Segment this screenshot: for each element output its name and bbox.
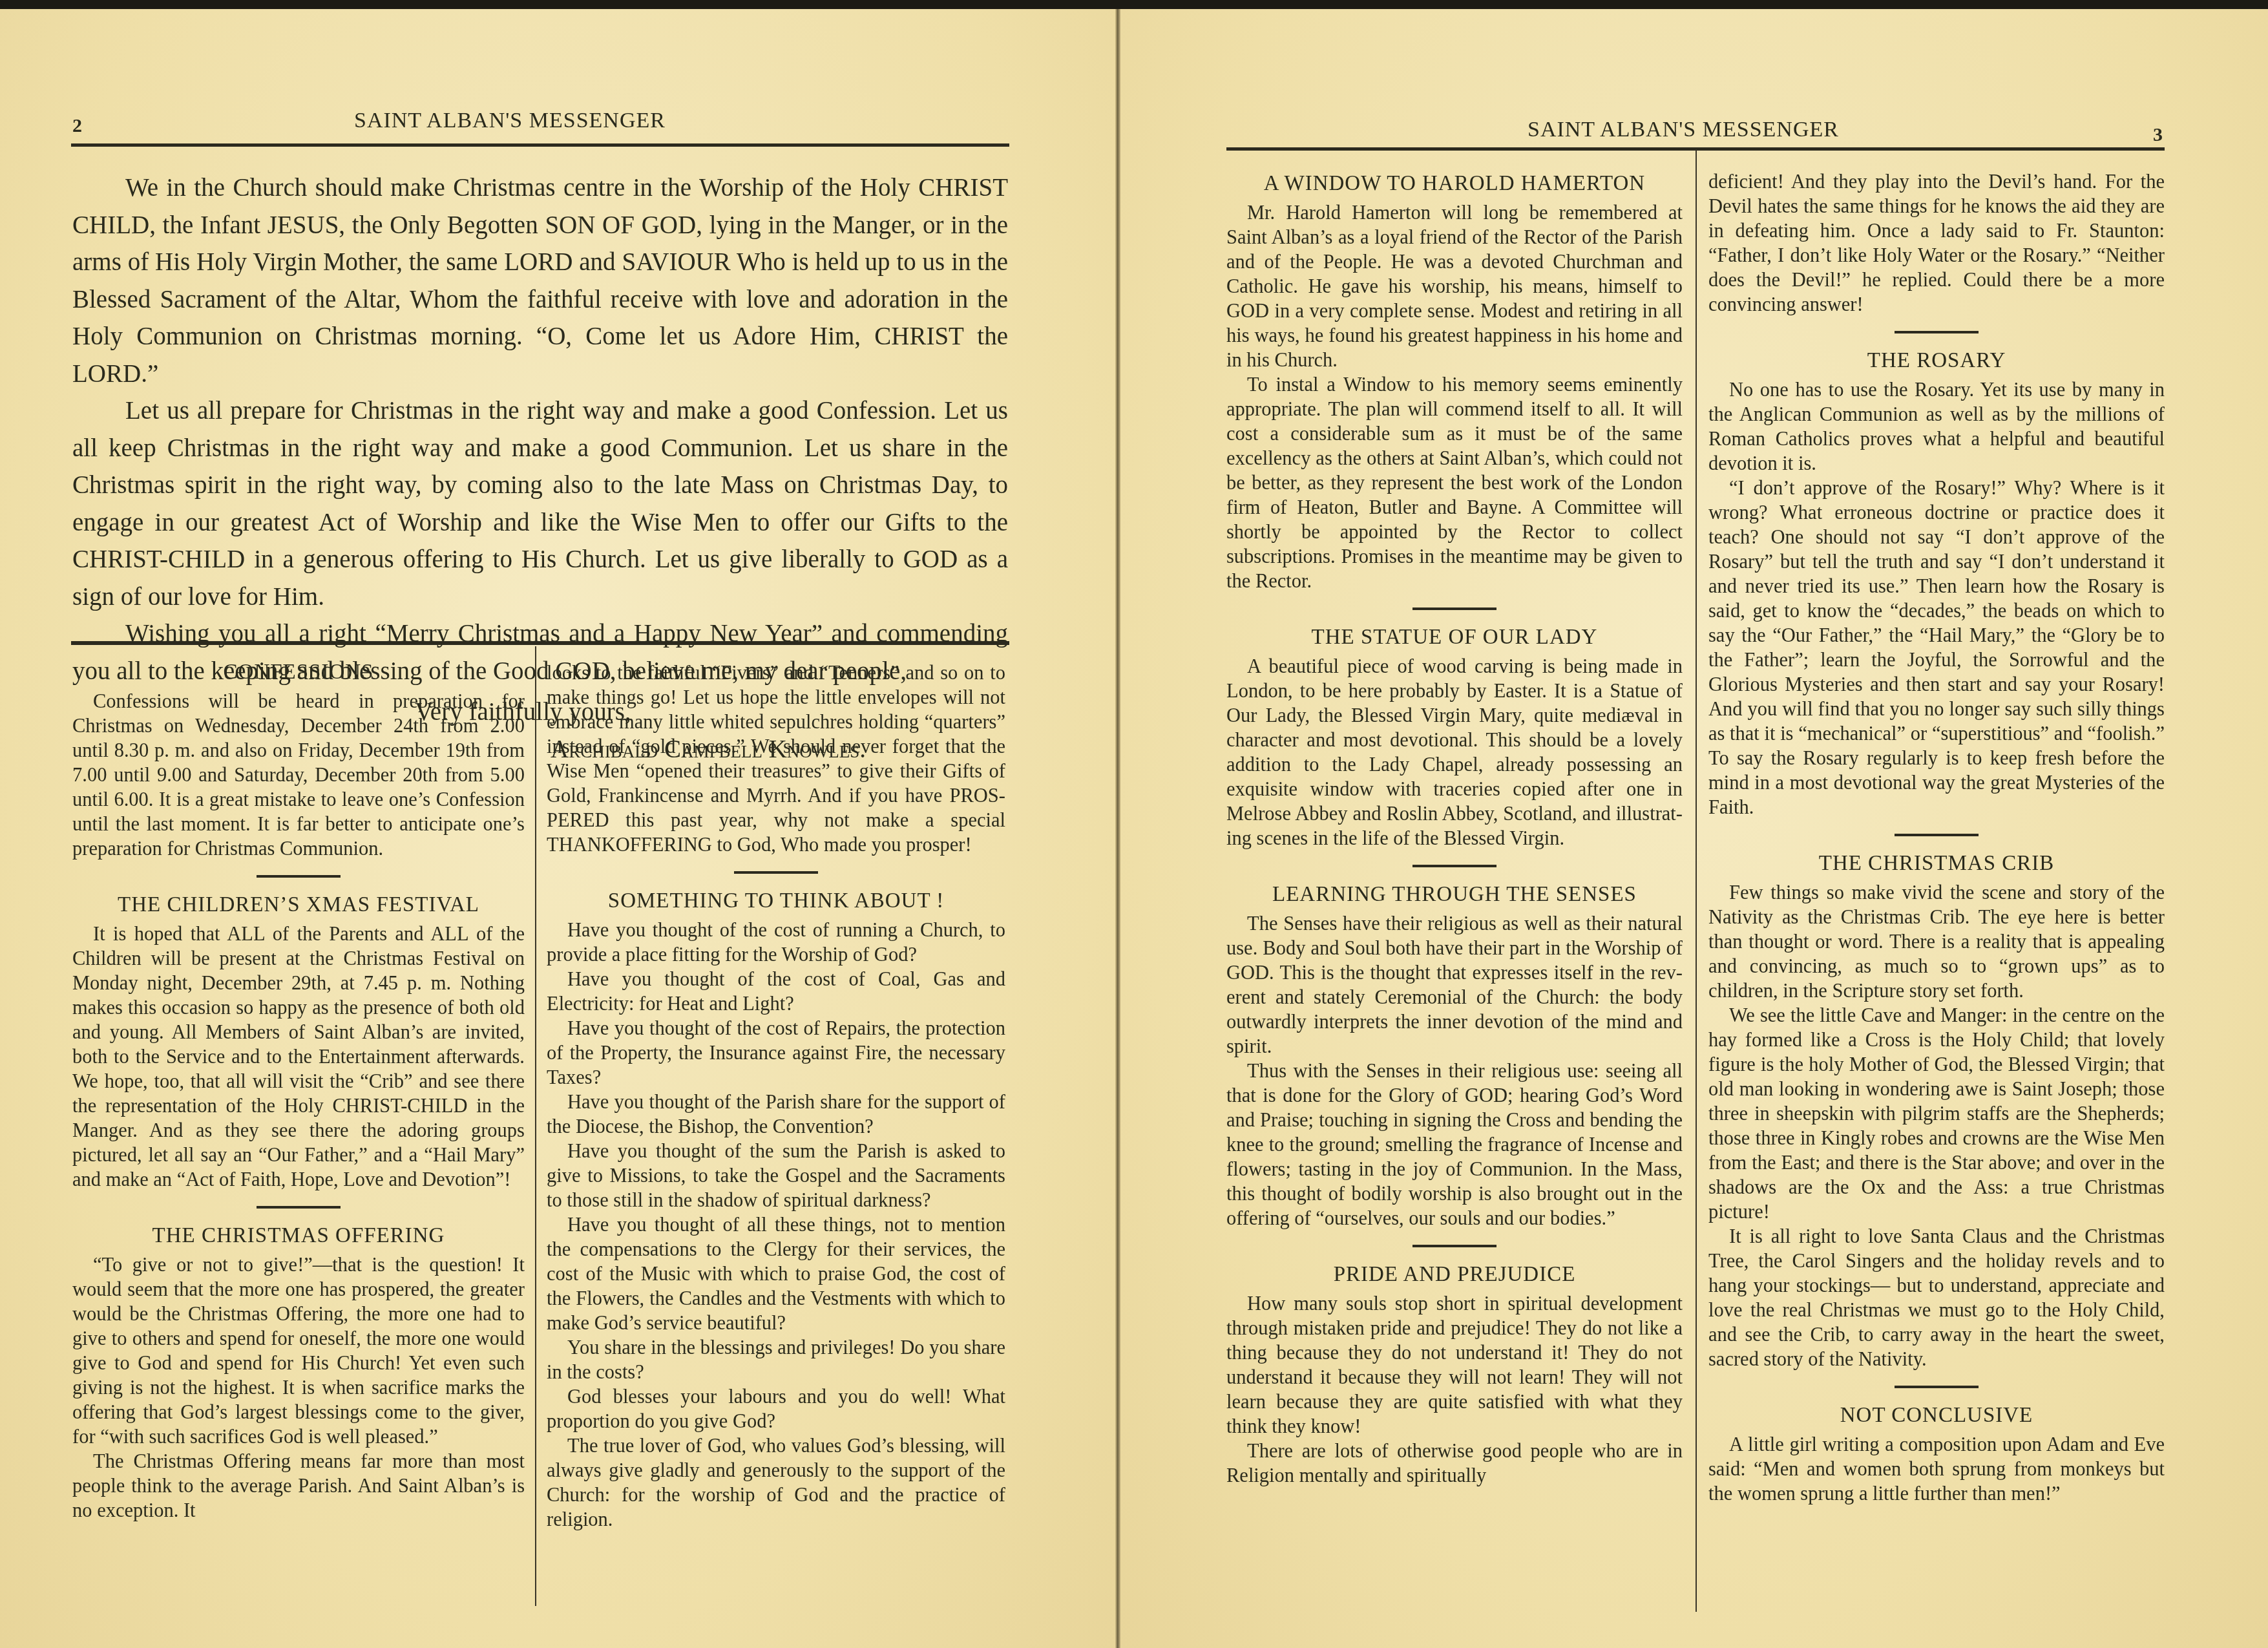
section-paragraph: How many souls stop short in spiritual d… [1226,1291,1683,1439]
column-left-1: CONFESSIONS Confessions will be heard in… [72,658,525,1523]
section-paragraph: Have you thought of the sum the Parish i… [547,1139,1005,1212]
section-paragraph: The Christmas Offering means far more th… [72,1449,525,1523]
section-paragraph: A beautiful piece of wood carving is be­… [1226,654,1683,850]
section-separator [1412,1245,1496,1247]
section-paragraph: You share in the blessings and privilege… [547,1335,1005,1384]
column-left-2: looks to the faithful “Fivers” and “Tenn… [547,660,1005,1532]
section-separator [1412,865,1496,867]
page-number-right: 3 [2153,124,2163,146]
section-paragraph: To instal a Window to his memory seems e… [1226,372,1683,593]
letter-rule [71,641,1009,645]
section-separator [1412,607,1496,610]
section-separator [1895,331,1979,333]
section-title-not-conclusive: NOT CONCLUSIVE [1708,1401,2165,1430]
section-separator [257,875,341,878]
section-paragraph: “I don’t approve of the Rosary!” Why? Wh… [1708,476,2165,819]
section-title-christmas-crib: THE CHRISTMAS CRIB [1708,849,2165,878]
column-divider-left [535,646,536,1606]
header-rule-left [71,143,1009,147]
section-paragraph: We see the little Cave and Manger: in th… [1708,1003,2165,1224]
running-header-left: SAINT ALBAN'S MESSENGER [354,109,666,133]
section-paragraph: The true lover of God, who values God’s … [547,1433,1005,1532]
section-paragraph: Have you thought of all these things, no… [547,1212,1005,1335]
section-paragraph: Have you thought of the cost of running … [547,918,1005,967]
section-paragraph: Mr. Harold Hamerton will long be re­memb… [1226,200,1683,372]
section-paragraph: Have you thought of the cost of Repairs,… [547,1016,1005,1090]
section-separator [257,1206,341,1209]
section-paragraph: The Senses have their religious as well … [1226,911,1683,1059]
section-title-rosary: THE ROSARY [1708,346,2165,375]
section-paragraph: Thus with the Senses in their religious … [1226,1059,1683,1231]
section-paragraph: Confessions will be heard in preparation… [72,689,525,861]
section-paragraph: It is all right to love Santa Claus and … [1708,1224,2165,1371]
section-title-learning-through-senses: LEARNING THROUGH THE SENSES [1226,880,1683,909]
letter-paragraph: We in the Church should make Christmas c… [72,169,1008,392]
section-paragraph: “To give or not to give!”—that is the qu… [72,1252,525,1449]
section-title-christmas-offering: THE CHRISTMAS OFFERING [72,1221,525,1250]
letter-paragraph: Let us all prepare for Christmas in the … [72,392,1008,615]
section-paragraph: Have you thought of the cost of Coal, Ga… [547,967,1005,1016]
page-number-left: 2 [72,115,82,137]
running-header-right: SAINT ALBAN'S MESSENGER [1528,118,1839,142]
section-title-something-to-think-about: SOMETHING TO THINK ABOUT ! [547,887,1005,915]
section-separator [734,871,818,874]
section-paragraph: looks to the faithful “Fivers” and “Tenn… [547,660,1005,857]
column-right-1: A WINDOW TO HAROLD HAMERTON Mr. Harold H… [1226,169,1683,1488]
column-right-2: deficient! And they play into the Devil’… [1708,169,2165,1506]
section-paragraph: There are lots of otherwise good people … [1226,1439,1683,1488]
section-separator [1895,1386,1979,1388]
section-title-childrens-festival: THE CHILDREN’S XMAS FESTIVAL [72,891,525,919]
section-title-pride-prejudice: PRIDE AND PREJUDICE [1226,1260,1683,1289]
section-title-window-harold-hamerton: A WINDOW TO HAROLD HAMERTON [1226,169,1683,198]
section-paragraph: Have you thought of the Parish share for… [547,1090,1005,1139]
section-paragraph: God blesses your labours and you do well… [547,1384,1005,1433]
section-separator [1895,834,1979,836]
section-title-confessions: CONFESSIONS [72,658,525,686]
book-gutter [1115,9,1120,1648]
section-paragraph: It is hoped that ALL of the Parents and … [72,922,525,1192]
section-paragraph: A little girl writing a composition upon… [1708,1432,2165,1506]
section-title-statue-our-lady: THE STATUE OF OUR LADY [1226,623,1683,651]
section-paragraph: No one has to use the Rosary. Yet its us… [1708,377,2165,476]
section-paragraph: deficient! And they play into the Devil’… [1708,169,2165,317]
column-divider-right [1696,150,1697,1612]
section-paragraph: Few things so make vivid the scene and s… [1708,880,2165,1003]
